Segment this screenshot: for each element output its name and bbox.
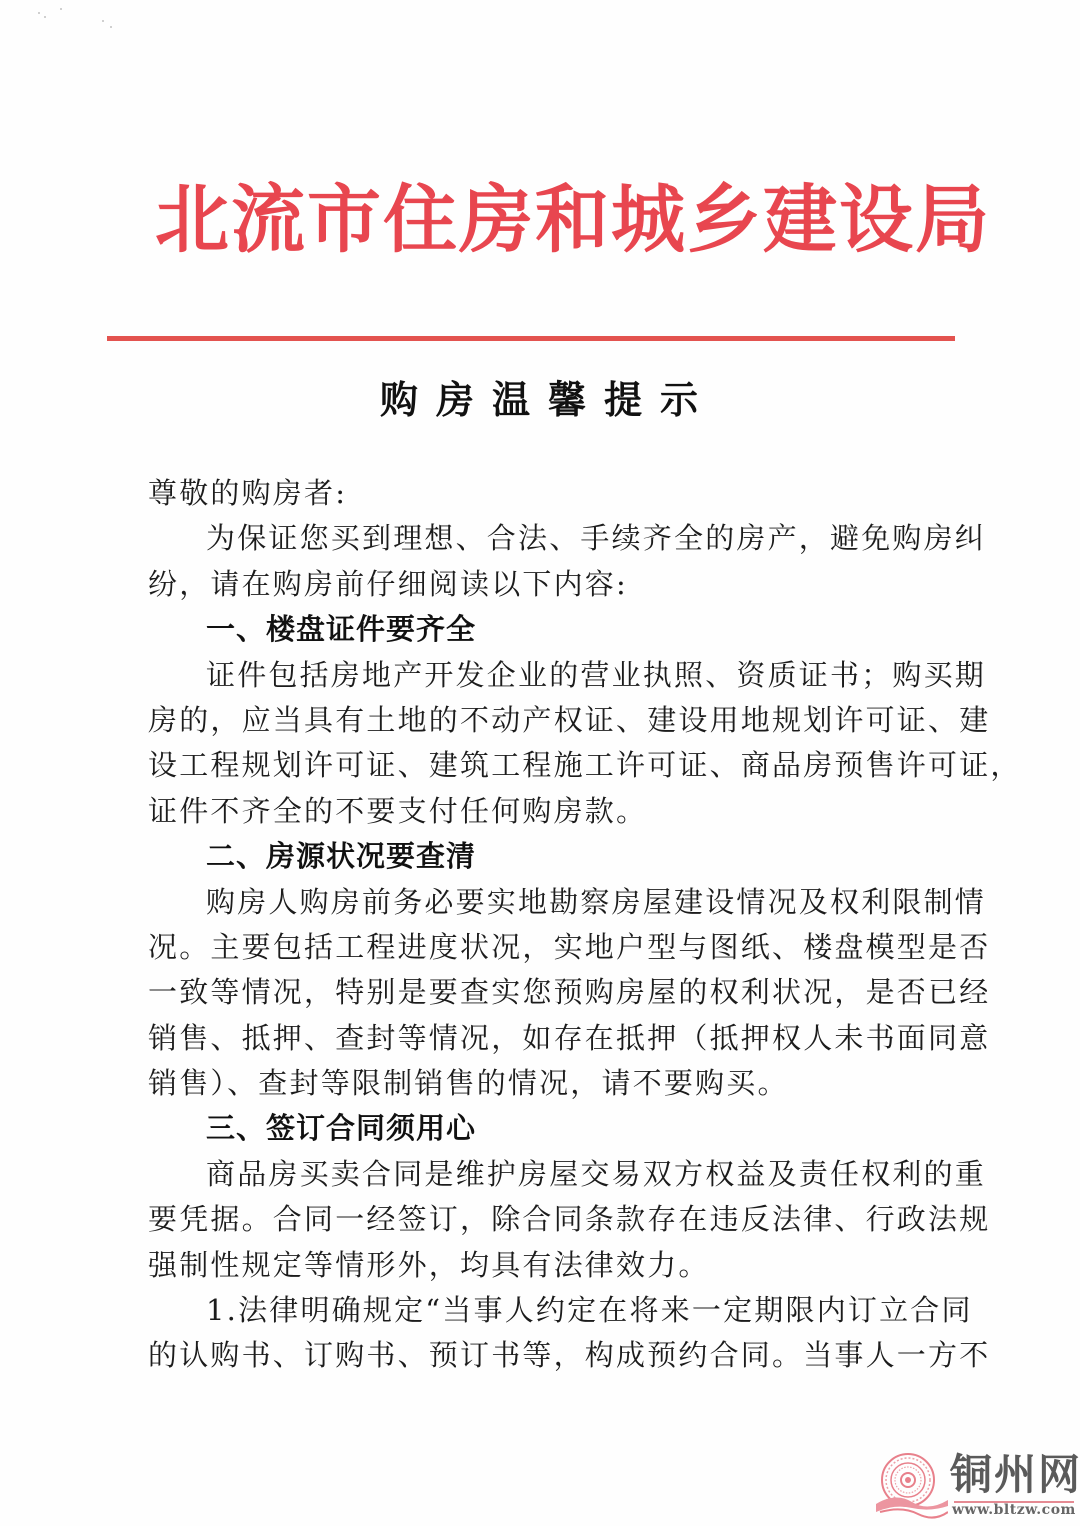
section-line: 况。主要包括工程进度状况，实地户型与图纸、楼盘模型是否 <box>148 925 940 970</box>
watermark-site-name: 铜州网 <box>950 1450 1080 1500</box>
document-title: 购房温馨提示 <box>0 372 1080 428</box>
section-line: 房的，应当具有土地的不动产权证、建设用地规划许可证、建 <box>148 698 940 743</box>
section-line: 证件不齐全的不要支付任何购房款。 <box>148 789 940 834</box>
numbered-item-line: 1.法律明确规定“当事人约定在将来一定期限内订立合同 <box>148 1288 940 1333</box>
section-heading-contract: 三、签订合同须用心 <box>148 1106 940 1151</box>
site-watermark: 铜州网 www.bltzw.com <box>872 1450 1072 1520</box>
section-line: 购房人购房前务必要实地勘察房屋建设情况及权利限制情 <box>148 880 940 925</box>
agency-letterhead: 北流市住房和城乡建设局 <box>155 175 935 265</box>
document-body: 尊敬的购房者: 为保证您买到理想、合法、手续齐全的房产，避免购房纠 纷，请在购房… <box>148 471 940 1379</box>
intro-line: 纷，请在购房前仔细阅读以下内容: <box>148 562 940 607</box>
document-page: 北流市住房和城乡建设局 购房温馨提示 尊敬的购房者: 为保证您买到理想、合法、手… <box>0 0 1080 1526</box>
intro-line: 为保证您买到理想、合法、手续齐全的房产，避免购房纠 <box>148 516 940 561</box>
section-line: 强制性规定等情形外，均具有法律效力。 <box>148 1243 940 1288</box>
numbered-item-line: 的认购书、订购书、预订书等，构成预约合同。当事人一方不 <box>148 1333 940 1378</box>
section-heading-certificates: 一、楼盘证件要齐全 <box>148 607 940 652</box>
section-line: 证件包括房地产开发企业的营业执照、资质证书；购买期 <box>148 653 940 698</box>
watermark-url: www.bltzw.com <box>952 1502 1076 1518</box>
section-heading-property-status: 二、房源状况要查清 <box>148 834 940 879</box>
section-line: 商品房买卖合同是维护房屋交易双方权益及责任权利的重 <box>148 1152 940 1197</box>
section-line: 一致等情况，特别是要查实您预购房屋的权利状况，是否已经 <box>148 970 940 1015</box>
section-line: 设工程规划许可证、建筑工程施工许可证、商品房预售许可证， <box>148 743 940 788</box>
section-line: 要凭据。合同一经签订，除合同条款存在违反法律、行政法规 <box>148 1197 940 1242</box>
salutation: 尊敬的购房者: <box>148 471 940 516</box>
section-line: 销售、抵押、查封等情况，如存在抵押（抵押权人未书面同意 <box>148 1016 940 1061</box>
section-line: 销售）、查封等限制销售的情况，请不要购买。 <box>148 1061 940 1106</box>
letterhead-red-rule <box>107 336 955 341</box>
copper-coin-logo-icon <box>872 1450 948 1520</box>
scan-specks <box>30 6 130 36</box>
